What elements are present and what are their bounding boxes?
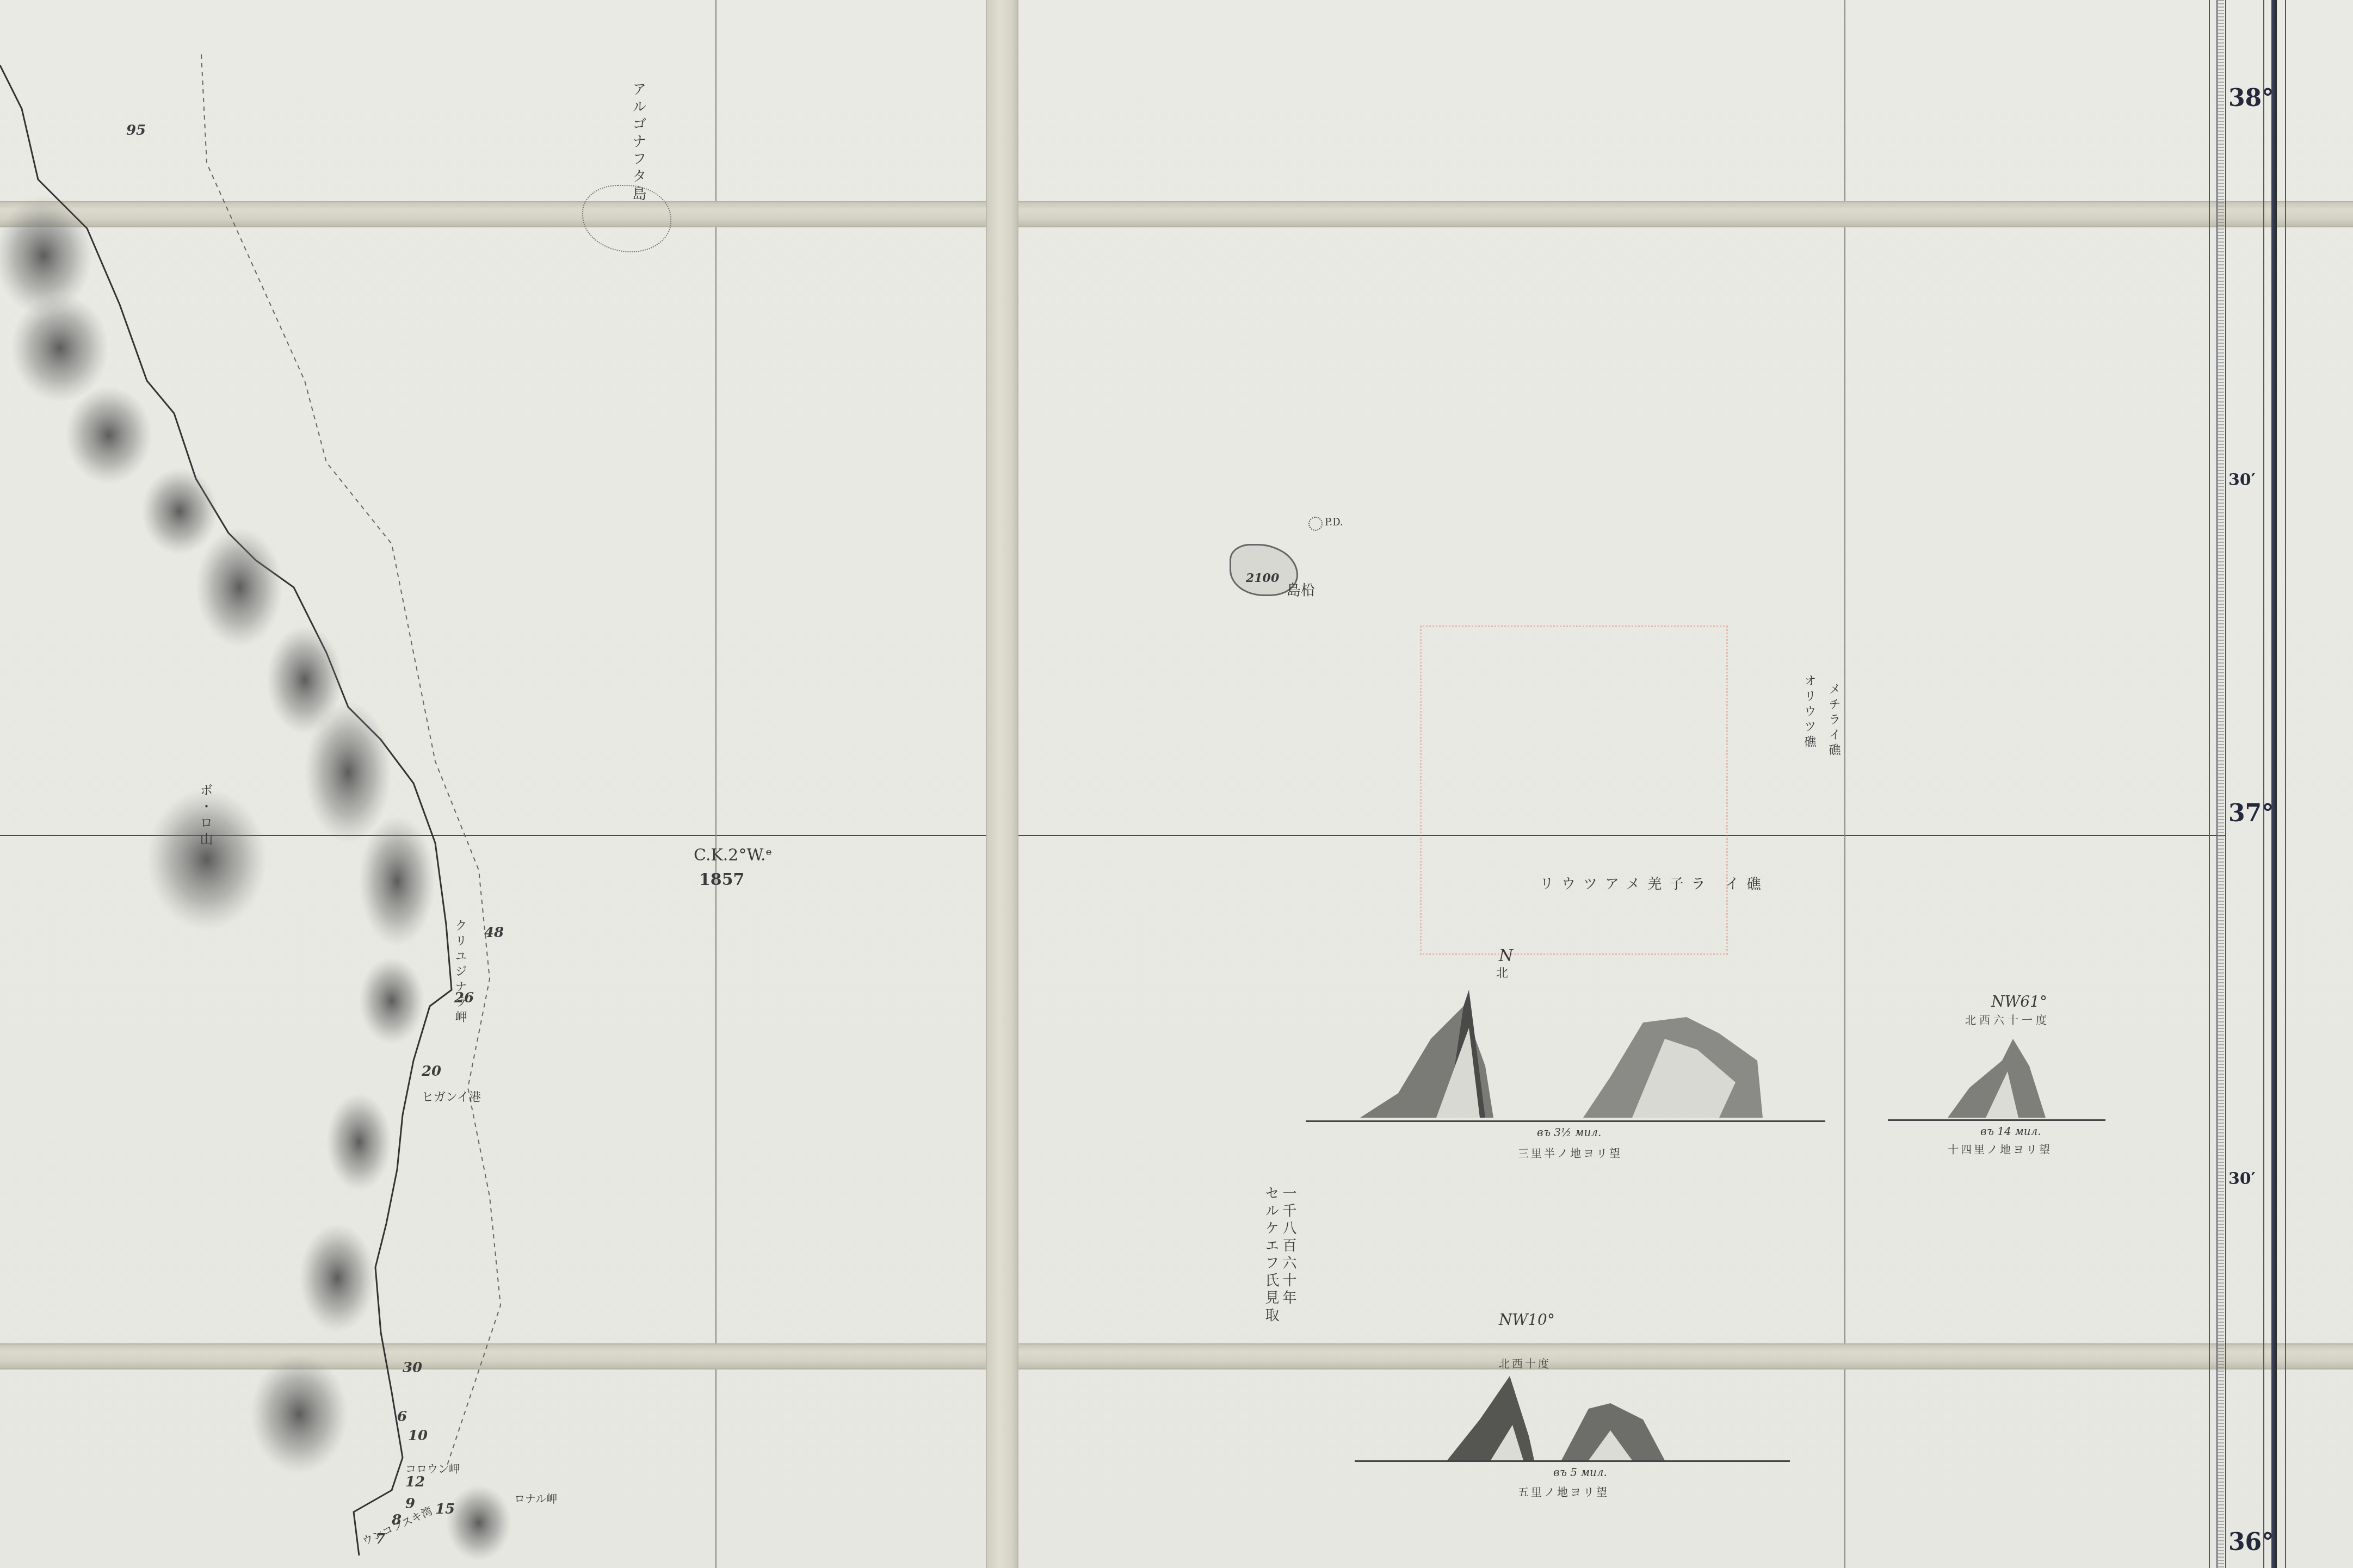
sounding-48: 48 <box>484 925 504 941</box>
profile-view-3 <box>1436 1371 1741 1463</box>
lat-label-36: 36° <box>2228 1528 2274 1556</box>
survey-note-year: 一千八百六十年 <box>1279 1186 1299 1307</box>
sounding-10: 10 <box>408 1428 428 1444</box>
lat-label-30-upper: 30′ <box>2228 470 2256 489</box>
profile-baseline-3 <box>1355 1460 1790 1462</box>
profile-3-distance-jp: 五里ノ地ヨリ望 <box>1518 1484 1609 1499</box>
sounding-30: 30 <box>403 1360 422 1376</box>
rocks-label-2: オリウツ礁 <box>1801 674 1818 751</box>
profile-3-bearing-jp: 北西十度 <box>1499 1355 1551 1371</box>
coastal-label-cape-1: クリユジナラ岬 <box>452 919 468 1026</box>
sounding-6: 6 <box>397 1409 407 1425</box>
sounding-95: 95 <box>126 122 146 139</box>
profile-2-distance-jp: 十四里ノ地ヨリ望 <box>1948 1141 2052 1157</box>
sounding-8: 8 <box>392 1512 402 1528</box>
fold-vertical-center <box>986 0 1018 1568</box>
lat-label-37: 37° <box>2228 800 2274 827</box>
rocks-label-1: メチライ礁 <box>1825 683 1842 759</box>
coastline-hachures <box>0 0 544 1568</box>
chart-note-ck: C.K.2°W.ᵉ <box>694 846 772 865</box>
meridian-line-2 <box>1844 0 1845 1568</box>
profile-baseline-2 <box>1888 1119 2105 1121</box>
profile-1-distance-ru: въ 3½ мил. <box>1537 1126 1601 1139</box>
position-doubtful-circle <box>1308 517 1323 531</box>
coastal-label-harbor: ヒガンイ港 <box>422 1088 481 1105</box>
island-elevation: 2100 <box>1246 571 1279 585</box>
sounding-15: 15 <box>435 1501 455 1517</box>
sounding-7: 7 <box>375 1531 385 1547</box>
island-label-matsushima: 島柗 <box>1287 579 1315 599</box>
survey-note-author: セルケエフ氏見取 <box>1261 1186 1281 1325</box>
profile-view-2 <box>1937 1033 2067 1120</box>
sounding-9: 9 <box>405 1496 415 1512</box>
sounding-12: 12 <box>405 1474 425 1490</box>
profile-2-distance-ru: въ 14 мил. <box>1980 1125 2041 1138</box>
lat-label-38: 38° <box>2228 84 2274 112</box>
lat-label-30-lower: 30′ <box>2228 1169 2256 1188</box>
meridian-line-1 <box>715 0 717 1568</box>
profile-baseline-1 <box>1306 1120 1825 1122</box>
profile-view-1 <box>1306 957 1828 1120</box>
profile-1-distance-jp: 三里半ノ地ヨリ望 <box>1518 1145 1622 1161</box>
sounding-26: 26 <box>454 990 474 1006</box>
position-doubtful-mark: P.D. <box>1325 517 1343 528</box>
chart-note-year: 1857 <box>699 870 745 889</box>
sounding-20: 20 <box>422 1063 441 1080</box>
profile-3-distance-ru: въ 5 мил. <box>1553 1466 1607 1479</box>
profile-3-bearing-en: NW10° <box>1499 1311 1555 1329</box>
mountain-label-boro: ボ・ロ山 <box>196 783 215 848</box>
profile-2-bearing-en: NW61° <box>1991 993 2047 1011</box>
red-stamp <box>1420 625 1728 955</box>
coastal-label-cape-3: ロナル岬 <box>514 1490 557 1506</box>
profile-2-bearing-jp: 北西六十一度 <box>1965 1012 2050 1027</box>
latitude-scale: 38° 30′ 37° 30′ 36° <box>2209 0 2296 1568</box>
